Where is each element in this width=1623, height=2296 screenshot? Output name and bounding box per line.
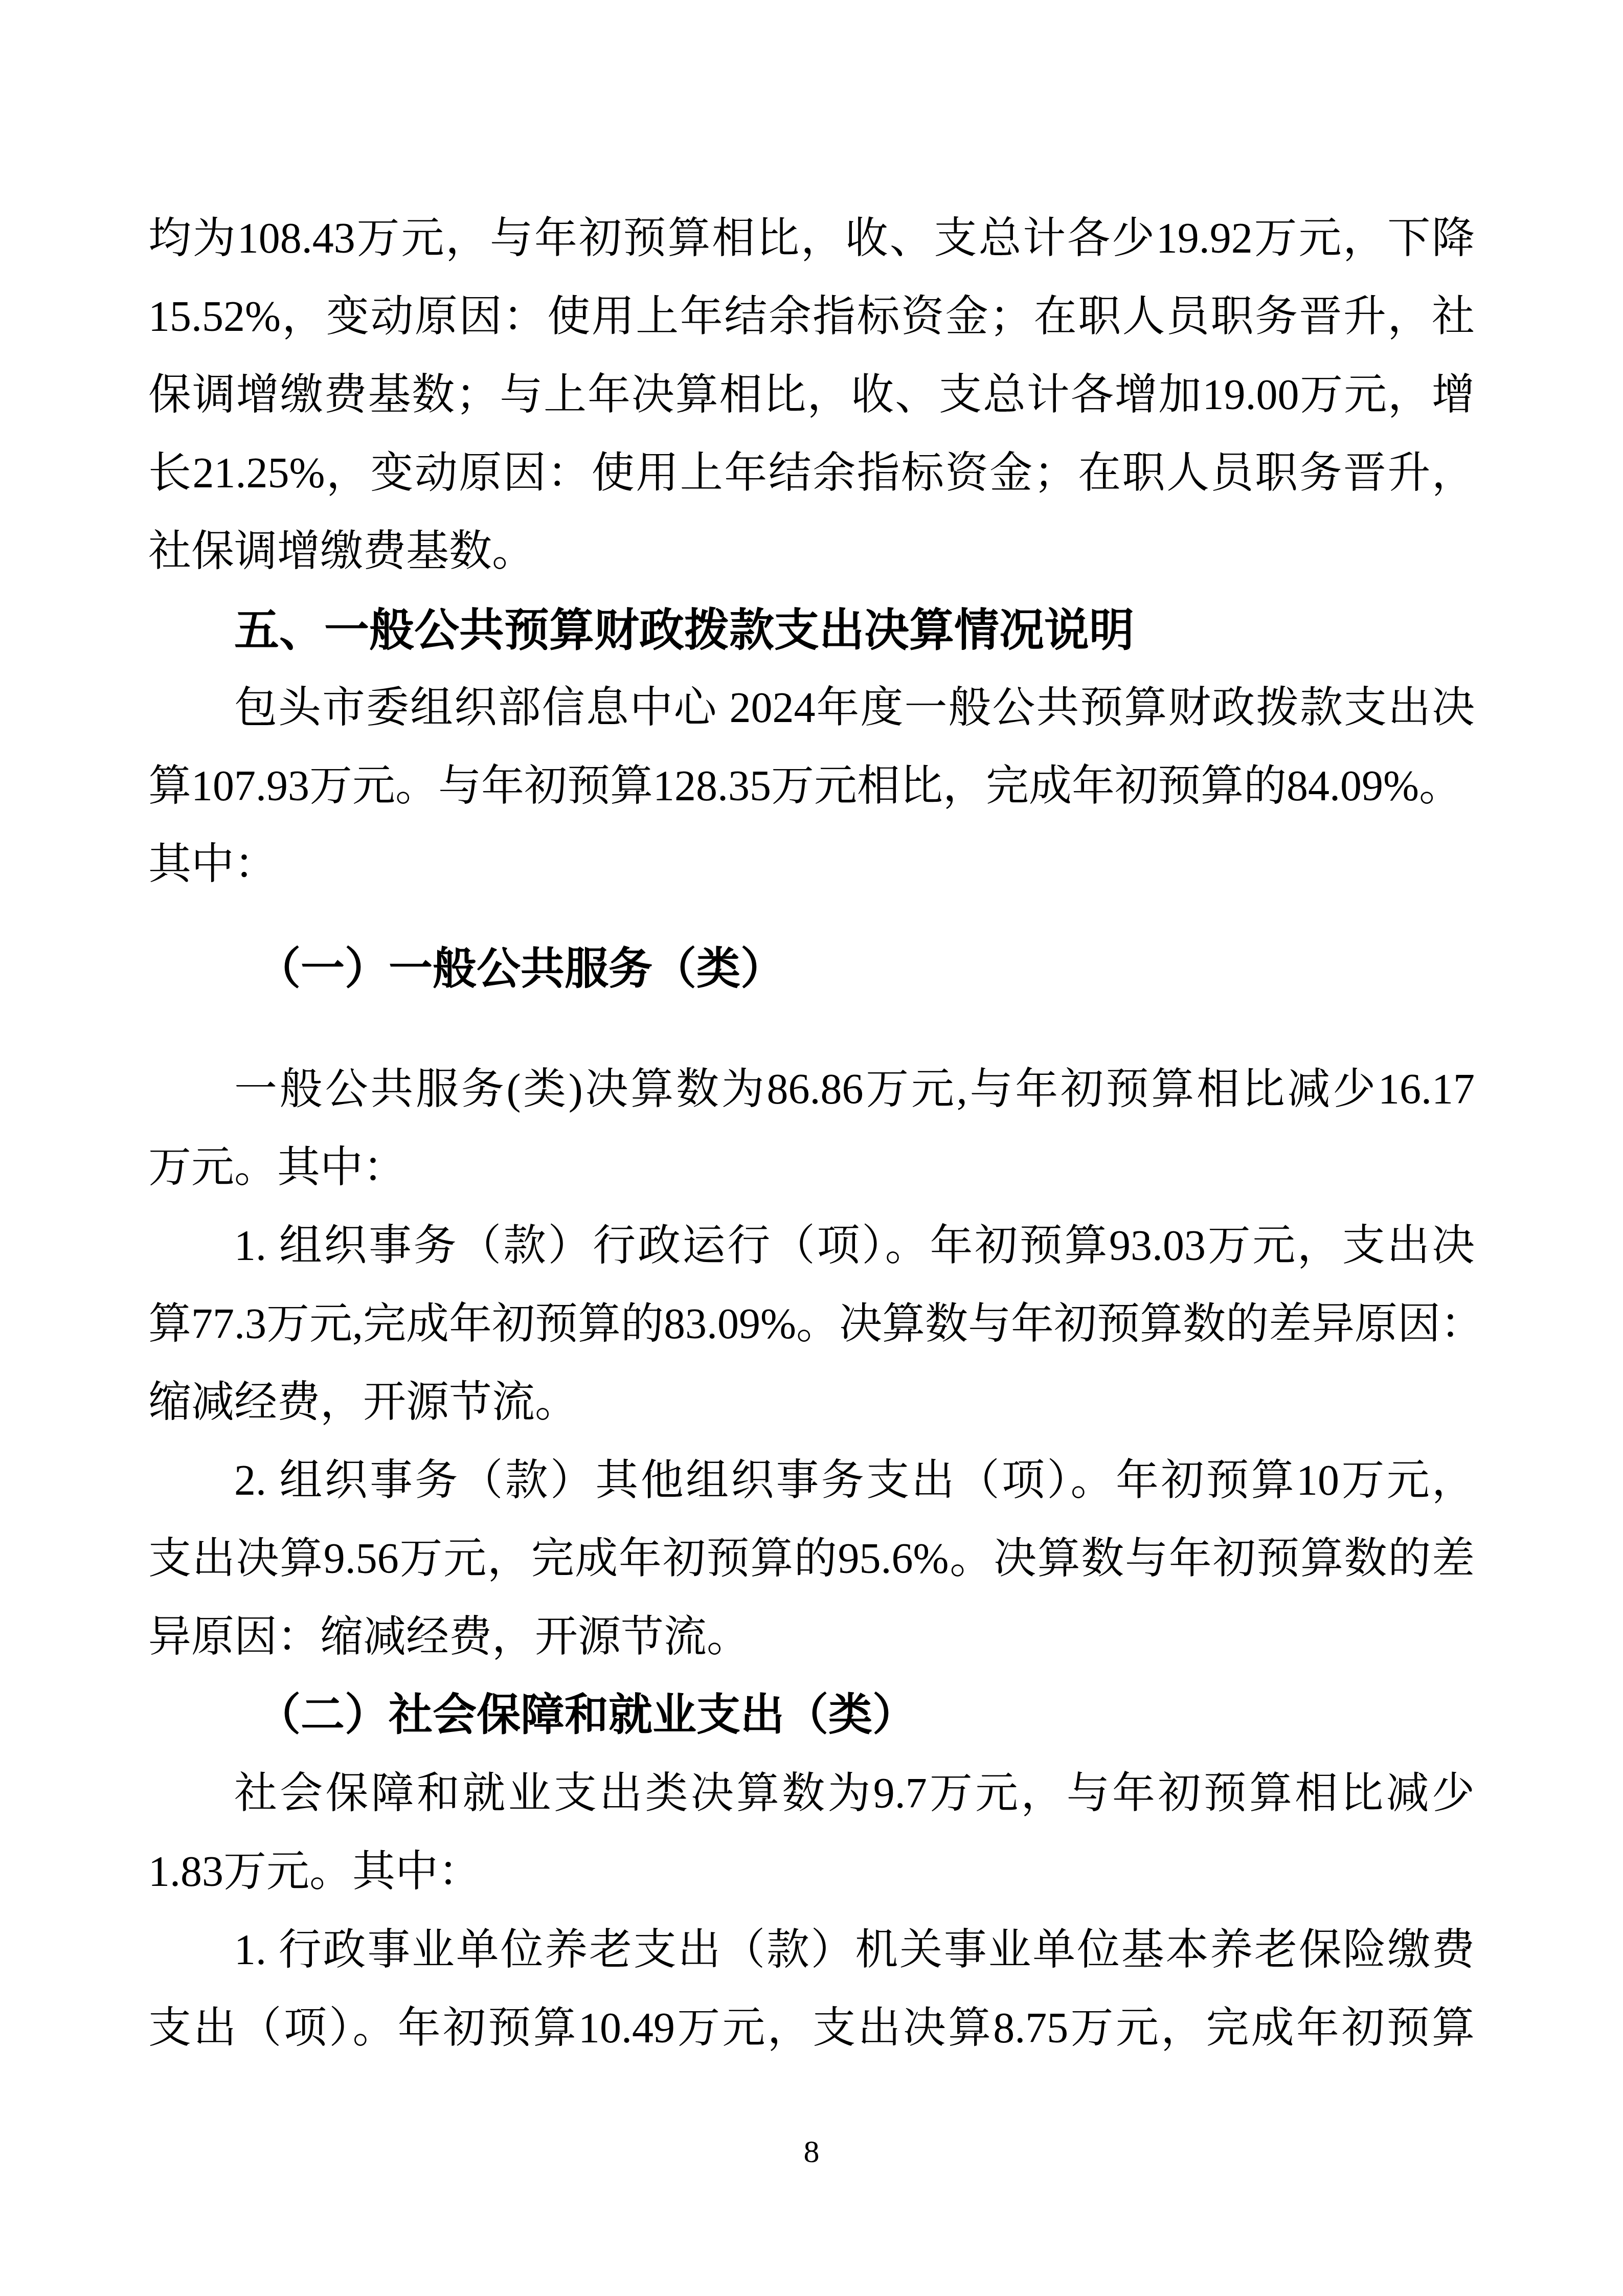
section5-intro-line-3: 其中： xyxy=(148,825,1475,904)
item2-other-org-affairs-line-3: 异原因：缩减经费，开源节流。 xyxy=(148,1598,1475,1676)
item2-other-org-affairs-line-2: 支出决算9.56万元，完成年初预算的95.6%。决算数与年初预算数的差 xyxy=(148,1520,1475,1598)
subsection-heading-2: （二）社会保障和就业支出（类） xyxy=(148,1676,1475,1754)
pension-item-line-2: 支出（项）。年初预算10.49万元，支出决算8.75万元，完成年初预算 xyxy=(148,1989,1475,2067)
section-heading-5: 五、一般公共预算财政拨款支出决算情况说明 xyxy=(148,591,1475,669)
subsection-heading-1: （一）一般公共服务（类） xyxy=(148,930,1475,1008)
section5-intro-line-2: 算107.93万元。与年初预算128.35万元相比，完成年初预算的84.09%。 xyxy=(148,747,1475,825)
budget-overview-line-1: 均为108.43万元，与年初预算相比，收、支总计各少19.92万元，下降 xyxy=(148,199,1475,278)
pension-item-line-1: 1. 行政事业单位养老支出（款）机关事业单位基本养老保险缴费 xyxy=(148,1911,1475,1989)
section5-intro-line-1: 包头市委组织部信息中心 2024年度一般公共预算财政拨款支出决 xyxy=(148,669,1475,747)
item1-admin-operation-line-1: 1. 组织事务（款）行政运行（项）。年初预算93.03万元，支出决 xyxy=(148,1207,1475,1285)
item1-admin-operation-line-2: 算77.3万元,完成年初预算的83.09%。决算数与年初预算数的差异原因： xyxy=(148,1285,1475,1363)
budget-overview-line-3: 保调增缴费基数；与上年决算相比，收、支总计各增加19.00万元，增 xyxy=(148,356,1475,434)
document-body: 均为108.43万元，与年初预算相比，收、支总计各少19.92万元，下降 15.… xyxy=(148,199,1475,2067)
social-security-line-2: 1.83万元。其中： xyxy=(148,1833,1475,1911)
general-public-service-line-1: 一般公共服务(类)决算数为86.86万元,与年初预算相比减少16.17 xyxy=(148,1050,1475,1129)
budget-overview-line-5: 社保调增缴费基数。 xyxy=(148,512,1475,591)
budget-overview-line-2: 15.52%，变动原因：使用上年结余指标资金；在职人员职务晋升，社 xyxy=(148,278,1475,356)
social-security-line-1: 社会保障和就业支出类决算数为9.7万元，与年初预算相比减少 xyxy=(148,1754,1475,1833)
page-number: 8 xyxy=(0,2131,1623,2172)
item1-admin-operation-line-3: 缩减经费，开源节流。 xyxy=(148,1363,1475,1442)
document-page: 均为108.43万元，与年初预算相比，收、支总计各少19.92万元，下降 15.… xyxy=(0,0,1623,2296)
general-public-service-line-2: 万元。其中： xyxy=(148,1129,1475,1207)
item2-other-org-affairs-line-1: 2. 组织事务（款）其他组织事务支出（项）。年初预算10万元， xyxy=(148,1442,1475,1520)
budget-overview-line-4: 长21.25%，变动原因：使用上年结余指标资金；在职人员职务晋升， xyxy=(148,434,1475,512)
